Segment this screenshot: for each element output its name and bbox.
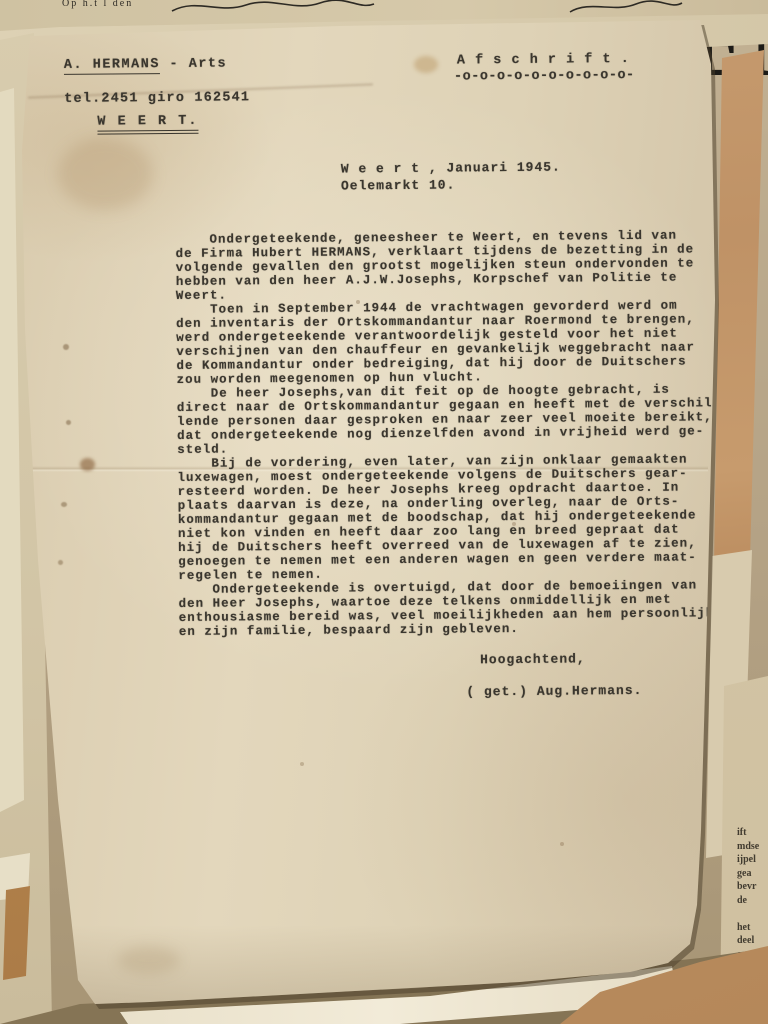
photo-of-document: EN Op h.t l den ift mdse ijpel gea bevr … [0,0,768,1024]
body-paragraph: Toen in September 1944 de vrachtwagen ge… [176,298,733,387]
letterhead-phone: tel.2451 giro 162541 [64,90,250,107]
letter-body: Ondergeteekende, geneesheer te Weert, en… [175,228,735,639]
body-paragraph: De heer Josephs,van dit feit op de hoogt… [177,382,734,457]
body-paragraph: Ondergeteekende, geneesheer te Weert, en… [175,228,732,303]
letterhead-name-suffix: - Arts [160,56,227,72]
handwriting-scribble-icon [168,0,378,16]
letterhead-name: A. HERMANS [64,57,160,75]
signature-line: ( get.) Aug.Hermans. [466,683,642,700]
closing-salutation: Hoogachtend, [480,651,586,667]
letterhead-city: W E E R T. [97,114,198,135]
copy-label: A f s c h r i f t . [457,52,630,69]
dateline: W e e r t , Januari 1945. [341,160,561,177]
scrap-printed-text: Op h.t l den [62,0,133,9]
body-paragraph: Ondergeteekende is overtuigd, dat door d… [178,578,734,639]
body-paragraph: Bij de vordering, even later, van zijn o… [177,452,734,583]
handwriting-scribble-icon [566,0,686,16]
letter-content: A. HERMANS - Arts tel.2451 giro 162541 W… [0,0,768,1024]
letterhead-name-line: A. HERMANS - Arts [64,56,227,72]
copy-label-underline: -o-o-o-o-o-o-o-o-o-o- [454,68,635,85]
address-line: Oelemarkt 10. [341,178,456,194]
letter-sheet: A. HERMANS - Arts tel.2451 giro 162541 W… [0,0,768,1024]
